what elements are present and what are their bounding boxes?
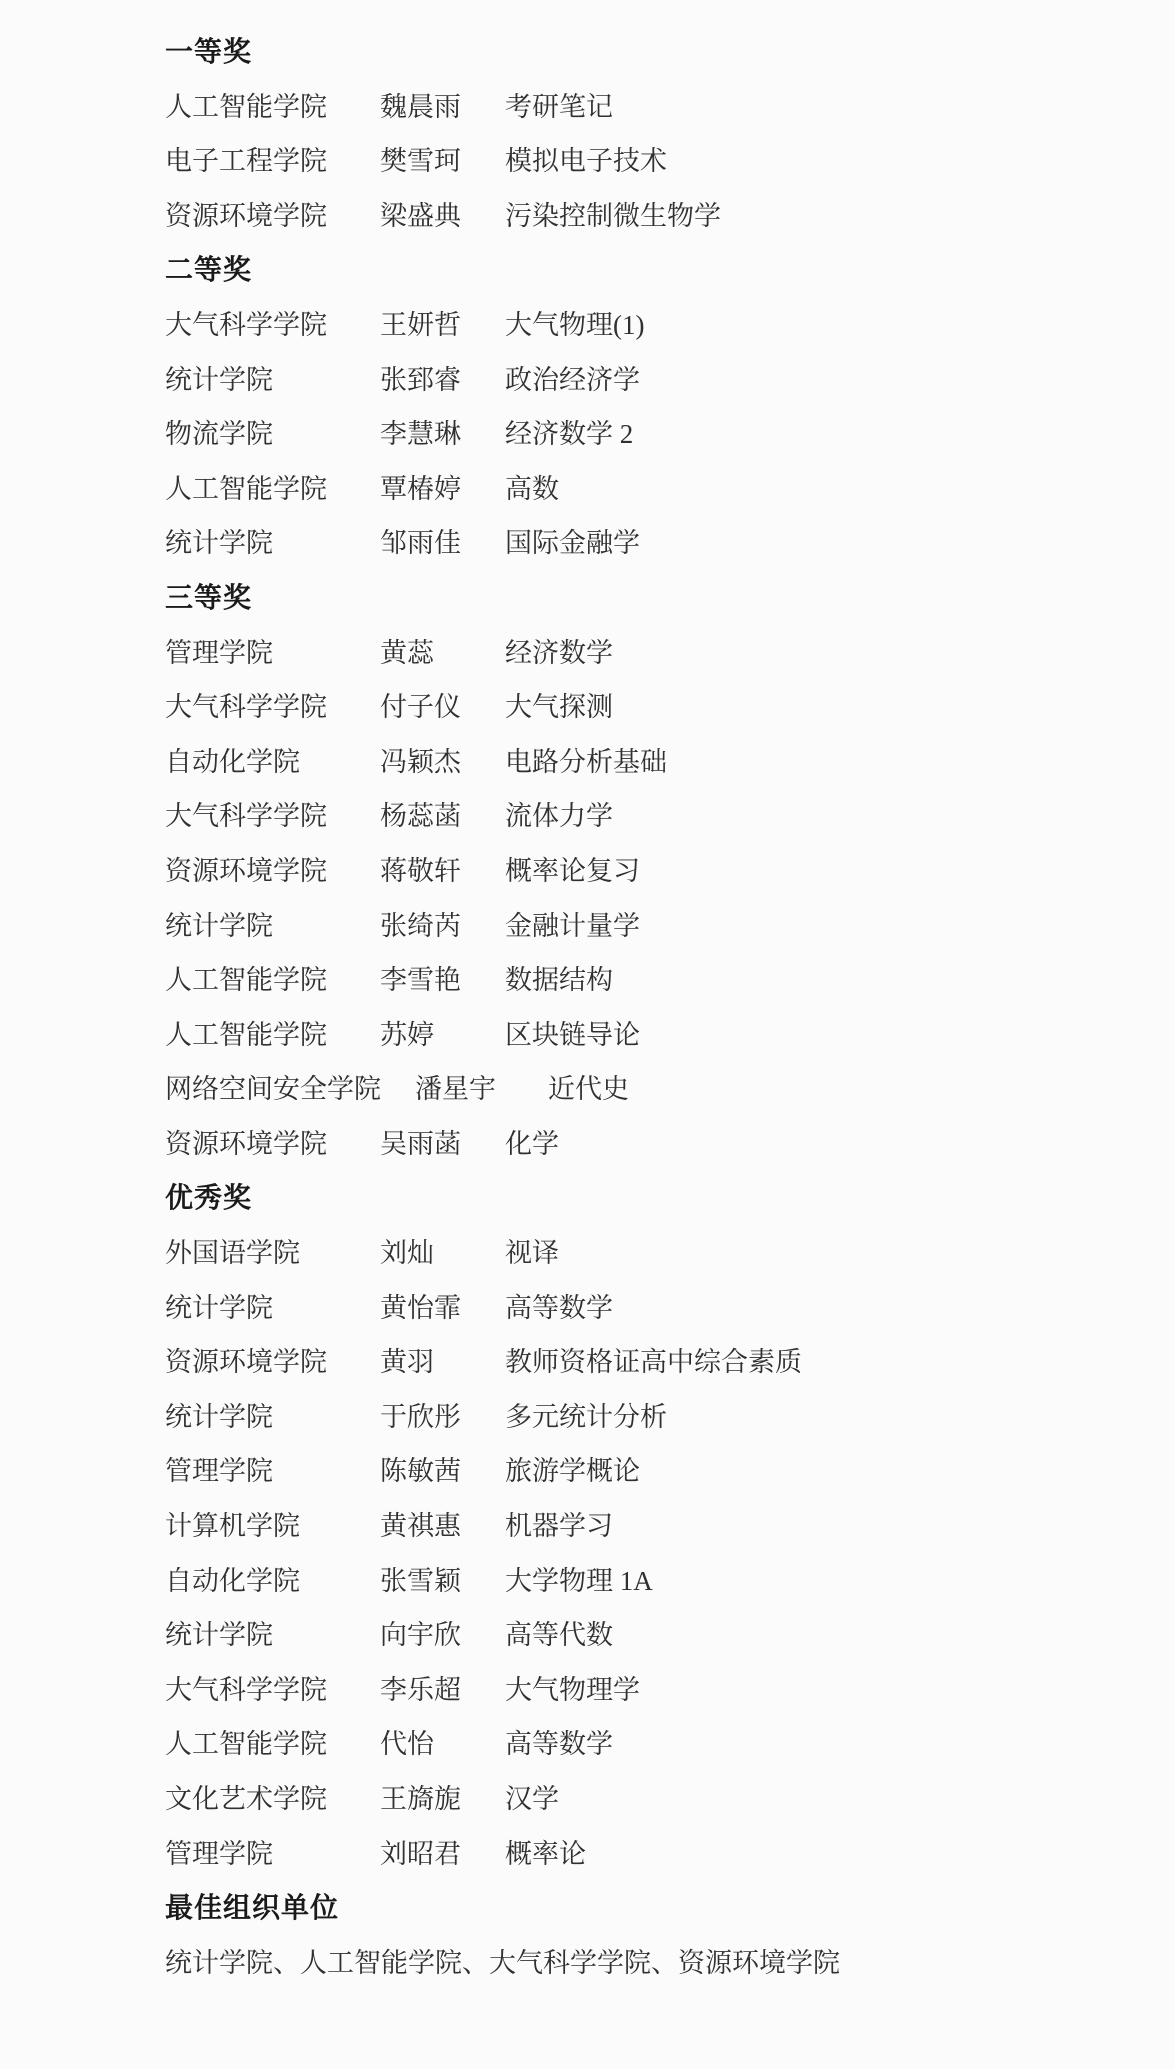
award-row: 大气科学学院 王妍哲 大气物理(1) [0, 298, 1175, 353]
college-cell: 人工智能学院 [165, 462, 327, 517]
awardee-name-cell: 李乐超 [380, 1663, 461, 1718]
section-heading: 二等奖 [0, 243, 1175, 298]
award-row: 自动化学院 张雪颖 大学物理 1A [0, 1554, 1175, 1609]
subject-cell: 概率论复习 [505, 844, 640, 899]
awardee-name-cell: 代怡 [380, 1717, 434, 1772]
section-heading: 最佳组织单位 [0, 1881, 1175, 1936]
award-row: 自动化学院 冯颖杰 电路分析基础 [0, 735, 1175, 790]
college-cell: 人工智能学院 [165, 1717, 327, 1772]
award-row: 管理学院 黄蕊 经济数学 [0, 626, 1175, 681]
awardee-name-cell: 李慧琳 [380, 407, 461, 462]
college-cell: 大气科学学院 [165, 1663, 327, 1718]
college-cell: 物流学院 [165, 407, 273, 462]
subject-cell: 流体力学 [505, 789, 613, 844]
section-heading: 优秀奖 [0, 1171, 1175, 1226]
college-cell: 资源环境学院 [165, 1117, 327, 1172]
college-cell: 大气科学学院 [165, 680, 327, 735]
awardee-name-cell: 李雪艳 [380, 953, 461, 1008]
awardee-name-cell: 刘昭君 [380, 1827, 461, 1882]
college-cell: 管理学院 [165, 1444, 273, 1499]
award-row: 资源环境学院 吴雨菡 化学 [0, 1117, 1175, 1172]
subject-cell: 高等数学 [505, 1717, 613, 1772]
award-row: 外国语学院 刘灿 视译 [0, 1226, 1175, 1281]
award-row: 大气科学学院 付子仪 大气探测 [0, 680, 1175, 735]
subject-cell: 概率论 [505, 1827, 586, 1882]
award-row: 统计学院 向宇欣 高等代数 [0, 1608, 1175, 1663]
subject-cell: 数据结构 [505, 953, 613, 1008]
award-row: 人工智能学院 魏晨雨 考研笔记 [0, 80, 1175, 135]
subject-cell: 高等代数 [505, 1608, 613, 1663]
award-row: 计算机学院 黄祺惠 机器学习 [0, 1499, 1175, 1554]
awardee-name-cell: 向宇欣 [380, 1608, 461, 1663]
award-row: 物流学院 李慧琳 经济数学 2 [0, 407, 1175, 462]
subject-cell: 大气物理(1) [505, 298, 644, 353]
college-cell: 自动化学院 [165, 1554, 300, 1609]
college-cell: 外国语学院 [165, 1226, 300, 1281]
college-cell: 统计学院 [165, 516, 273, 571]
college-cell: 电子工程学院 [165, 134, 327, 189]
college-cell: 文化艺术学院 [165, 1772, 327, 1827]
subject-cell: 机器学习 [505, 1499, 613, 1554]
subject-cell: 区块链导论 [505, 1008, 640, 1063]
award-row: 统计学院 黄怡霏 高等数学 [0, 1281, 1175, 1336]
awardee-name-cell: 冯颖杰 [380, 735, 461, 790]
awardee-name-cell: 覃椿婷 [380, 462, 461, 517]
subject-cell: 金融计量学 [505, 899, 640, 954]
college-cell: 资源环境学院 [165, 844, 327, 899]
award-row: 统计学院 张郅睿 政治经济学 [0, 353, 1175, 408]
subject-cell: 大学物理 1A [505, 1554, 653, 1609]
organization-units-line: 统计学院、人工智能学院、大气科学学院、资源环境学院 [0, 1936, 1175, 1991]
college-cell: 人工智能学院 [165, 1008, 327, 1063]
college-cell: 统计学院 [165, 353, 273, 408]
college-cell: 统计学院 [165, 899, 273, 954]
subject-cell: 模拟电子技术 [505, 134, 667, 189]
awardee-name-cell: 黄祺惠 [380, 1499, 461, 1554]
award-row: 管理学院 刘昭君 概率论 [0, 1827, 1175, 1882]
awardee-name-cell: 魏晨雨 [380, 80, 461, 135]
college-cell: 管理学院 [165, 626, 273, 681]
subject-cell: 汉学 [505, 1772, 559, 1827]
subject-cell: 大气探测 [505, 680, 613, 735]
award-row: 资源环境学院 蒋敬轩 概率论复习 [0, 844, 1175, 899]
subject-cell: 经济数学 [505, 626, 613, 681]
subject-cell: 国际金融学 [505, 516, 640, 571]
awardee-name-cell: 陈敏茜 [380, 1444, 461, 1499]
award-row: 资源环境学院 梁盛典 污染控制微生物学 [0, 189, 1175, 244]
college-cell: 大气科学学院 [165, 298, 327, 353]
award-row: 人工智能学院 代怡 高等数学 [0, 1717, 1175, 1772]
awardee-name-cell: 刘灿 [380, 1226, 434, 1281]
awardee-name-cell: 蒋敬轩 [380, 844, 461, 899]
college-cell: 资源环境学院 [165, 189, 327, 244]
awardee-name-cell: 张绮芮 [380, 899, 461, 954]
section-heading: 三等奖 [0, 571, 1175, 626]
section-heading: 一等奖 [0, 25, 1175, 80]
subject-cell: 大气物理学 [505, 1663, 640, 1718]
subject-cell: 化学 [505, 1117, 559, 1172]
college-cell: 统计学院 [165, 1281, 273, 1336]
college-cell: 管理学院 [165, 1827, 273, 1882]
award-row: 统计学院 于欣彤 多元统计分析 [0, 1390, 1175, 1445]
award-row: 资源环境学院 黄羽 教师资格证高中综合素质 [0, 1335, 1175, 1390]
award-row: 电子工程学院 樊雪珂 模拟电子技术 [0, 134, 1175, 189]
subject-cell: 旅游学概论 [505, 1444, 640, 1499]
awardee-name-cell: 张雪颖 [380, 1554, 461, 1609]
award-document: 一等奖 人工智能学院 魏晨雨 考研笔记 电子工程学院 樊雪珂 模拟电子技术 资源… [0, 0, 1175, 1990]
subject-cell: 电路分析基础 [505, 735, 667, 790]
subject-cell: 考研笔记 [505, 80, 613, 135]
subject-cell: 视译 [505, 1226, 559, 1281]
subject-cell: 政治经济学 [505, 353, 640, 408]
award-row: 管理学院 陈敏茜 旅游学概论 [0, 1444, 1175, 1499]
awardee-name-cell: 梁盛典 [380, 189, 461, 244]
award-row: 人工智能学院 李雪艳 数据结构 [0, 953, 1175, 1008]
college-cell: 自动化学院 [165, 735, 300, 790]
awardee-name-cell: 黄蕊 [380, 626, 434, 681]
awardee-name-cell: 樊雪珂 [380, 134, 461, 189]
award-row: 大气科学学院 李乐超 大气物理学 [0, 1663, 1175, 1718]
college-cell: 统计学院 [165, 1608, 273, 1663]
subject-cell: 高数 [505, 462, 559, 517]
awardee-name-cell: 王妍哲 [380, 298, 461, 353]
subject-cell: 近代史 [548, 1062, 629, 1117]
subject-cell: 高等数学 [505, 1281, 613, 1336]
subject-cell: 教师资格证高中综合素质 [505, 1335, 802, 1390]
awardee-name-cell: 吴雨菡 [380, 1117, 461, 1172]
college-cell: 统计学院 [165, 1390, 273, 1445]
awardee-name-cell: 邹雨佳 [380, 516, 461, 571]
college-cell: 大气科学学院 [165, 789, 327, 844]
awardee-name-cell: 黄羽 [380, 1335, 434, 1390]
award-row: 网络空间安全学院 潘星宇 近代史 [0, 1062, 1175, 1117]
award-row: 人工智能学院 覃椿婷 高数 [0, 462, 1175, 517]
award-row: 文化艺术学院 王旖旎 汉学 [0, 1772, 1175, 1827]
subject-cell: 污染控制微生物学 [505, 189, 721, 244]
awardee-name-cell: 黄怡霏 [380, 1281, 461, 1336]
awardee-name-cell: 杨蕊菡 [380, 789, 461, 844]
awardee-name-cell: 付子仪 [380, 680, 461, 735]
subject-cell: 多元统计分析 [505, 1390, 667, 1445]
award-row: 大气科学学院 杨蕊菡 流体力学 [0, 789, 1175, 844]
awardee-name-cell: 潘星宇 [415, 1062, 496, 1117]
subject-cell: 经济数学 2 [505, 407, 633, 462]
college-cell: 人工智能学院 [165, 80, 327, 135]
college-cell: 计算机学院 [165, 1499, 300, 1554]
award-row: 统计学院 张绮芮 金融计量学 [0, 899, 1175, 954]
college-cell: 人工智能学院 [165, 953, 327, 1008]
awardee-name-cell: 苏婷 [380, 1008, 434, 1063]
awardee-name-cell: 于欣彤 [380, 1390, 461, 1445]
college-cell: 网络空间安全学院 [165, 1062, 381, 1117]
award-row: 人工智能学院 苏婷 区块链导论 [0, 1008, 1175, 1063]
college-cell: 资源环境学院 [165, 1335, 327, 1390]
award-row: 统计学院 邹雨佳 国际金融学 [0, 516, 1175, 571]
awardee-name-cell: 王旖旎 [380, 1772, 461, 1827]
awardee-name-cell: 张郅睿 [380, 353, 461, 408]
